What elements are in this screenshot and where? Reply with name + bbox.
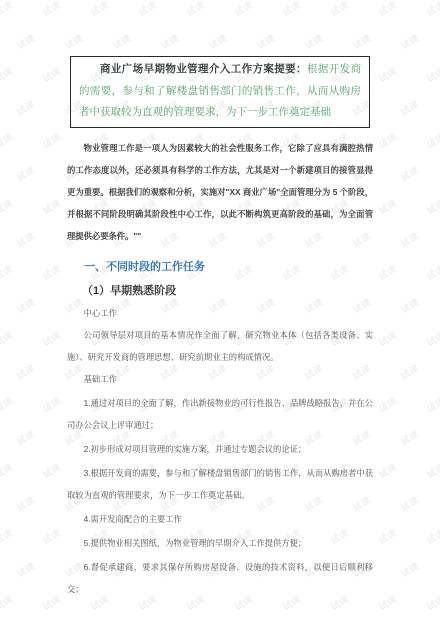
document-content: 商业广场早期物业管理介入工作方案提要：根据开发商的需要，参与和了解楼盘销售部门的… [0,0,440,600]
abstract-title: 商业广场早期物业管理介入工作方案提要： [100,63,307,75]
list-item: 5.提供物业相关图纸，为物业管理的早期介入工作提供方便； [67,532,373,554]
list-item: 1.通过对项目的全面了解，作出新接物业的可行性报告、品牌战略报告，并在公司办公会… [67,392,373,436]
intro-paragraph: 物业管理工作是一项人为因素较大的社会性服务工作，它除了应具有满腔热情的工作态度以… [67,137,373,247]
list-item: 4.需开发商配合的主要工作 [67,508,373,530]
list-item: 6.督促承建商，要求其保存所购房屋设备、设施的技术资料，以便日后顺利移交； [67,556,373,600]
list-item: 3.根据开发商的需要，参与和了解楼盘销售部门的销售工作，从而从购房者中获取较为直… [67,462,373,506]
section-heading: 一、不同时段的工作任务 [67,256,373,278]
center-work-label: 中心工作 [67,302,373,324]
center-work-paragraph: 公司领导层对项目的基本情况作全面了解，研究物业本体（包括各类设备、实施）、研究开… [67,324,373,368]
subsection-heading: （1）早期熟悉阶段 [67,280,373,302]
list-item: 2.初步形成对项目管理的实施方案，并通过专题会议的论证； [67,438,373,460]
abstract-box: 商业广场早期物业管理介入工作方案提要：根据开发商的需要，参与和了解楼盘销售部门的… [70,56,370,128]
base-work-label: 基础工作 [67,368,373,390]
